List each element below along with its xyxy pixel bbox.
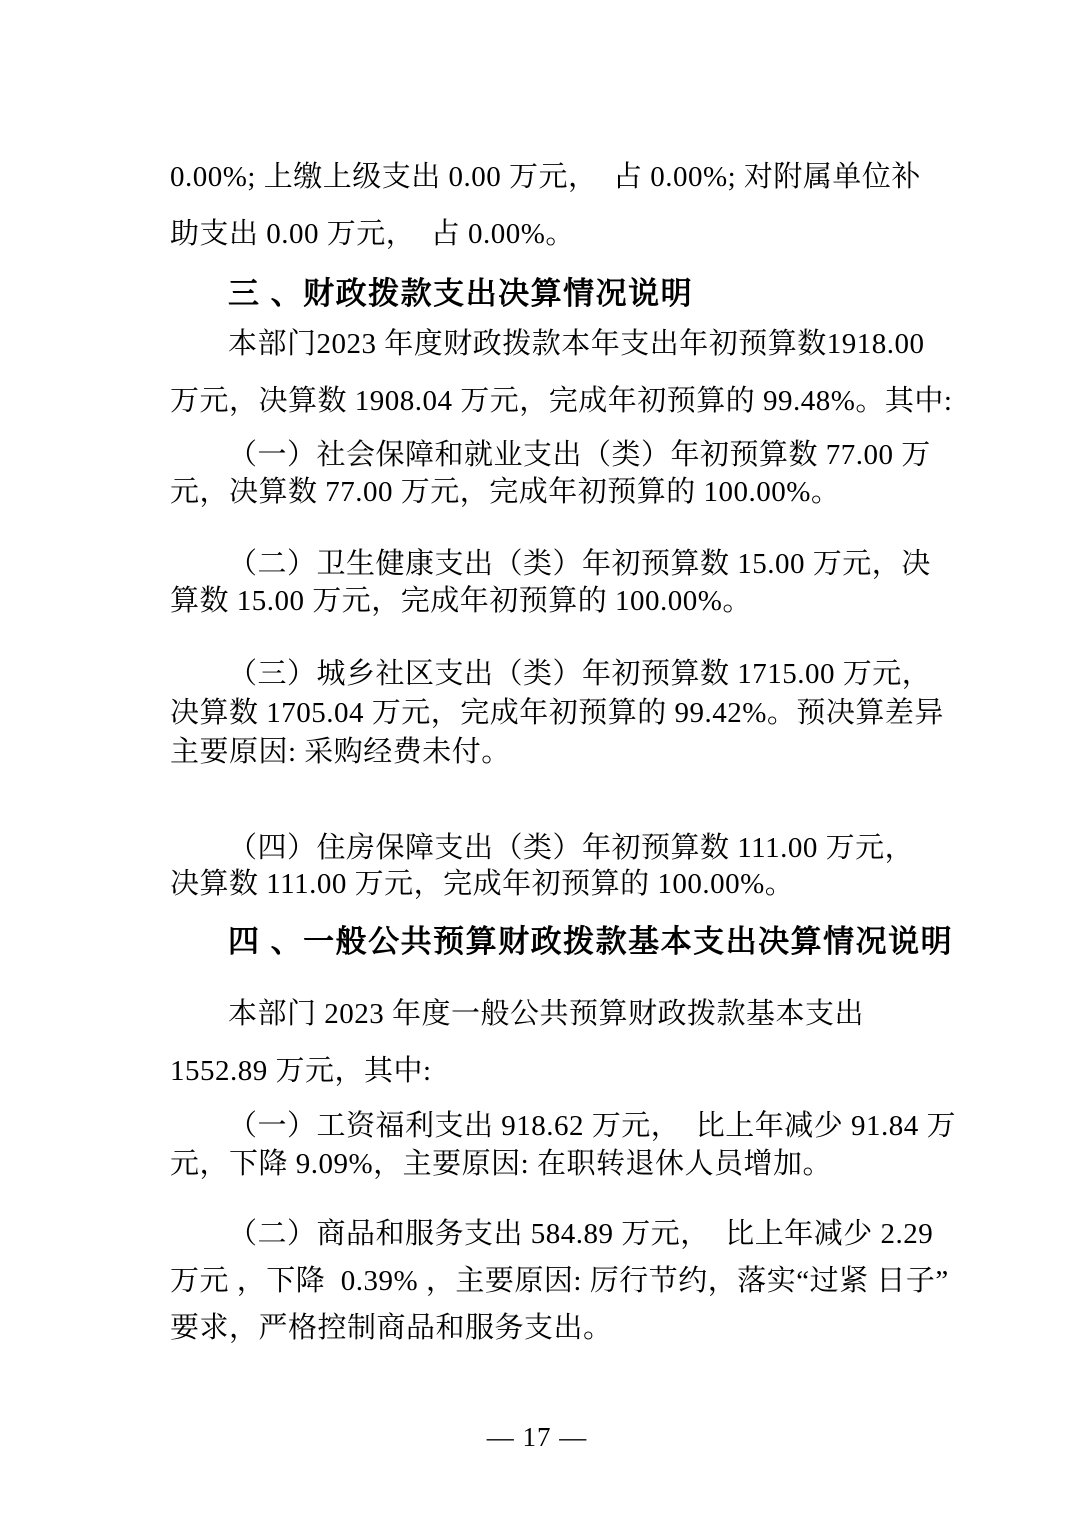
text-line: 本部门2023 年度财政拨款本年支出年初预算数1918.00 xyxy=(170,316,960,373)
text-line: 算数 15.00 万元，完成年初预算的 100.00%。 xyxy=(170,583,960,620)
text-line: 元，下降 9.09%，主要原因: 在职转退休人员增加。 xyxy=(170,1145,960,1183)
text-line: （一）工资福利支出 918.62 万元， 比上年减少 91.84 万 xyxy=(170,1107,960,1145)
text-line: 助支出 0.00 万元， 占 0.00%。 xyxy=(170,206,960,263)
text-line: 要求，严格控制商品和服务支出。 xyxy=(170,1305,960,1352)
text-line: 万元 ，下降 0.39% ，主要原因: 厉行节约，落实“过紧 日子” xyxy=(170,1258,960,1305)
paragraph-section3-item4: （四）住房保障支出（类）年初预算数 111.00 万元， 决算数 111.00 … xyxy=(170,830,960,902)
text-line: （二）卫生健康支出（类）年初预算数 15.00 万元，决 xyxy=(170,546,960,583)
document-page: 0.00%; 上缴上级支出 0.00 万元， 占 0.00%; 对附属单位补 助… xyxy=(0,0,1074,1520)
section-heading-4: 四 、一般公共预算财政拨款基本支出决算情况说明 xyxy=(170,921,1018,963)
text-line: 0.00%; 上缴上级支出 0.00 万元， 占 0.00%; 对附属单位补 xyxy=(170,149,960,206)
paragraph-section4-item2: （二）商品和服务支出 584.89 万元， 比上年减少 2.29 万元 ，下降 … xyxy=(170,1211,960,1352)
text-line: （三）城乡社区支出（类）年初预算数 1715.00 万元， xyxy=(170,655,960,694)
text-line: 决算数 1705.04 万元，完成年初预算的 99.42%。预决算差异 xyxy=(170,694,960,733)
text-line: 元，决算数 77.00 万元，完成年初预算的 100.00%。 xyxy=(170,474,960,511)
page-number: — 17 — xyxy=(0,1422,1074,1452)
text-line: （二）商品和服务支出 584.89 万元， 比上年减少 2.29 xyxy=(170,1211,960,1258)
section-heading-3: 三 、财政拨款支出决算情况说明 xyxy=(170,273,1018,315)
paragraph-section3-item1: （一）社会保障和就业支出（类）年初预算数 77.00 万 元，决算数 77.00… xyxy=(170,437,960,511)
text-line: （一）社会保障和就业支出（类）年初预算数 77.00 万 xyxy=(170,437,960,474)
text-line: 本部门 2023 年度一般公共预算财政拨款基本支出 xyxy=(170,986,960,1043)
text-line: 万元，决算数 1908.04 万元，完成年初预算的 99.48%。其中: xyxy=(170,373,960,430)
paragraph-section3-intro: 本部门2023 年度财政拨款本年支出年初预算数1918.00 万元，决算数 19… xyxy=(170,316,960,430)
text-line: 主要原因: 采购经费未付。 xyxy=(170,733,960,772)
text-line: 1552.89 万元，其中: xyxy=(170,1043,960,1100)
paragraph-section4-intro: 本部门 2023 年度一般公共预算财政拨款基本支出 1552.89 万元，其中: xyxy=(170,986,960,1100)
paragraph-section3-item2: （二）卫生健康支出（类）年初预算数 15.00 万元，决 算数 15.00 万元… xyxy=(170,546,960,620)
paragraph-overflow: 0.00%; 上缴上级支出 0.00 万元， 占 0.00%; 对附属单位补 助… xyxy=(170,149,960,263)
text-line: 决算数 111.00 万元，完成年初预算的 100.00%。 xyxy=(170,866,960,902)
paragraph-section3-item3: （三）城乡社区支出（类）年初预算数 1715.00 万元， 决算数 1705.0… xyxy=(170,655,960,772)
paragraph-section4-item1: （一）工资福利支出 918.62 万元， 比上年减少 91.84 万 元，下降 … xyxy=(170,1107,960,1183)
text-line: （四）住房保障支出（类）年初预算数 111.00 万元， xyxy=(170,830,960,866)
